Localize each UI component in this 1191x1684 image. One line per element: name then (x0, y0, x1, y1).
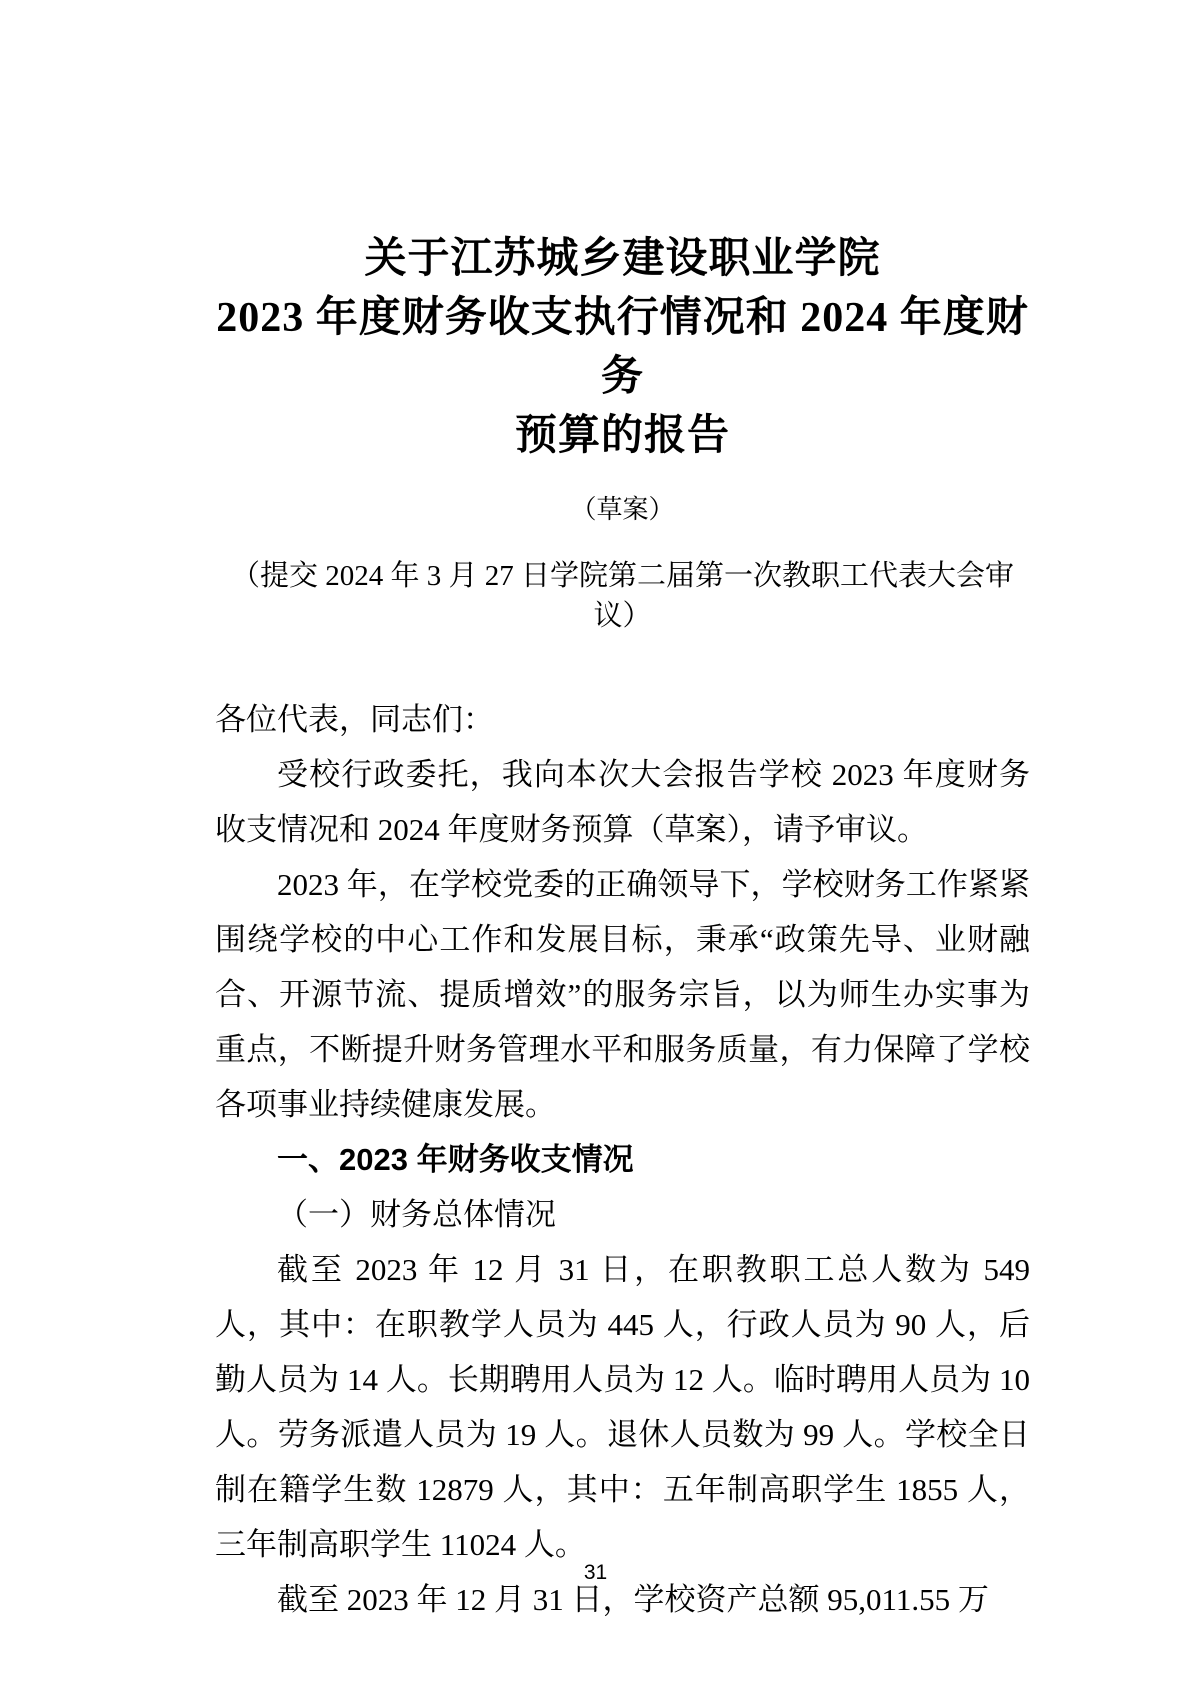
submission-note: （提交 2024 年 3 月 27 日学院第二届第一次教职工代表大会审议） (215, 556, 1030, 636)
title-line-1: 关于江苏城乡建设职业学院 (215, 230, 1030, 289)
section-paragraph-1: 截至 2023 年 12 月 31 日，在职教职工总人数为 549 人，其中：在… (215, 1242, 1030, 1572)
document-title: 关于江苏城乡建设职业学院 2023 年度财务收支执行情况和 2024 年度财务 … (215, 230, 1030, 466)
section-heading: 一、2023 年财务收支情况 (215, 1132, 1030, 1187)
draft-label: （草案） (215, 492, 1030, 528)
document-content: 关于江苏城乡建设职业学院 2023 年度财务收支执行情况和 2024 年度财务 … (215, 230, 1030, 1627)
intro-paragraph-1: 受校行政委托，我向本次大会报告学校 2023 年度财务收支情况和 2024 年度… (215, 747, 1030, 857)
page-number: 31 (0, 1560, 1191, 1586)
document-page: 关于江苏城乡建设职业学院 2023 年度财务收支执行情况和 2024 年度财务 … (0, 0, 1191, 1684)
title-line-3: 预算的报告 (215, 407, 1030, 466)
title-line-2: 2023 年度财务收支执行情况和 2024 年度财务 (215, 289, 1030, 407)
document-body: 各位代表，同志们： 受校行政委托，我向本次大会报告学校 2023 年度财务收支情… (215, 692, 1030, 1627)
subsection-heading: （一）财务总体情况 (215, 1187, 1030, 1242)
intro-paragraph-2: 2023 年，在学校党委的正确领导下，学校财务工作紧紧围绕学校的中心工作和发展目… (215, 857, 1030, 1132)
salutation: 各位代表，同志们： (215, 692, 1030, 747)
